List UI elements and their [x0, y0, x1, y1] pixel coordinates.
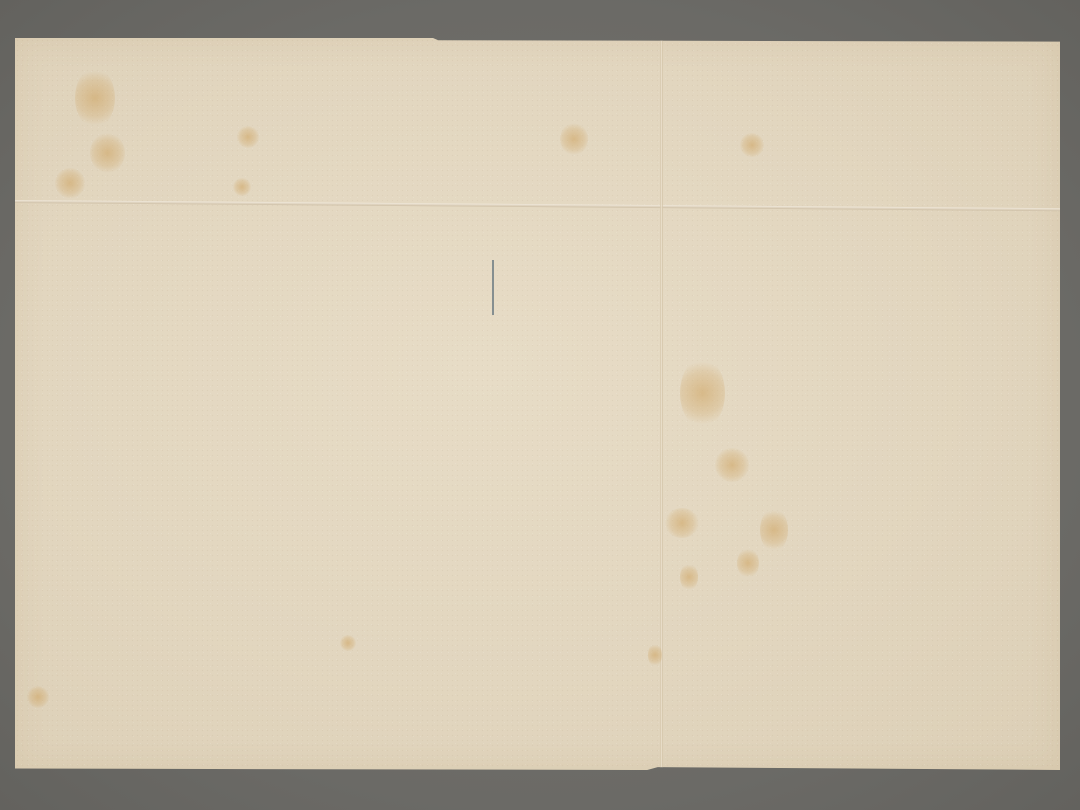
foxing-spot [737, 548, 759, 578]
foxing-spot [680, 563, 698, 591]
foxing-spot [648, 643, 662, 667]
paper-texture [15, 38, 1060, 770]
foxing-spot [680, 358, 725, 428]
foxing-spot [740, 133, 764, 157]
foxing-spot [665, 508, 699, 538]
foxing-spot [233, 178, 251, 196]
foxing-spot [237, 126, 259, 148]
foxing-spot [90, 133, 125, 173]
foxing-spot [27, 686, 49, 708]
foxing-spot [560, 123, 588, 155]
foxing-spot [55, 168, 85, 198]
paper-sheet [15, 38, 1060, 770]
foxing-spot [715, 448, 749, 482]
foxing-spot [75, 68, 115, 128]
ink-mark [492, 260, 494, 315]
foxing-spot [760, 508, 788, 552]
foxing-spot [340, 635, 356, 651]
